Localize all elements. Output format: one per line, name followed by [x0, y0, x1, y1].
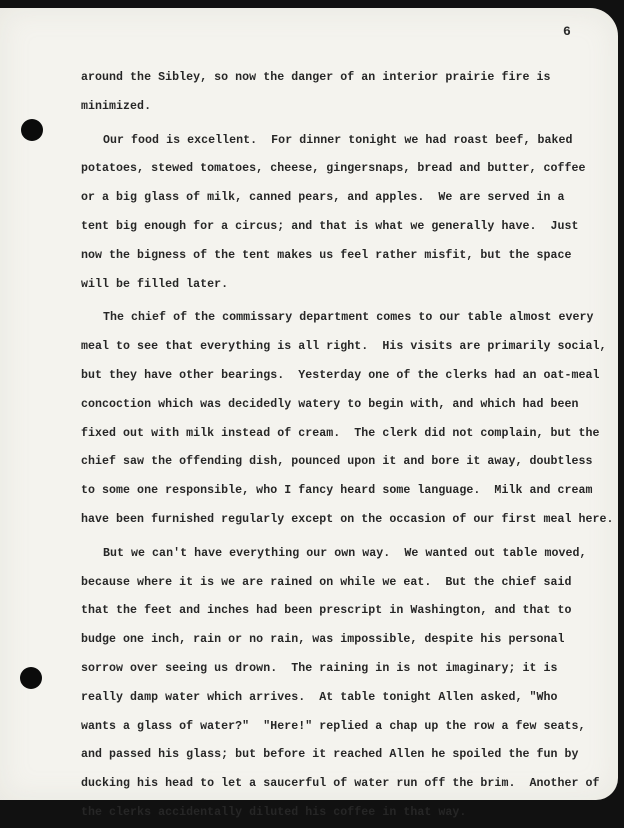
text-line: will be filled later. [81, 271, 611, 300]
text-line: concoction which was decidedly watery to… [81, 391, 611, 420]
text-line: ducking his head to let a saucerful of w… [81, 770, 611, 799]
text-line: around the Sibley, so now the danger of … [81, 64, 611, 93]
document-body: around the Sibley, so now the danger of … [81, 64, 611, 800]
paragraph-2: Our food is excellent. For dinner tonigh… [81, 127, 611, 300]
text-line: that the feet and inches had been prescr… [81, 597, 611, 626]
text-line: wants a glass of water?" "Here!" replied… [81, 713, 611, 742]
text-line: to some one responsible, who I fancy hea… [81, 477, 611, 506]
punch-hole-bottom [20, 667, 42, 689]
paragraph-1: around the Sibley, so now the danger of … [81, 64, 611, 122]
text-line: really damp water which arrives. At tabl… [81, 684, 611, 713]
text-line: sorrow over seeing us drown. The raining… [81, 655, 611, 684]
text-line: but they have other bearings. Yesterday … [81, 362, 611, 391]
text-line: But we can't have everything our own way… [81, 540, 611, 569]
text-line: minimized. [81, 93, 611, 122]
paragraph-4: But we can't have everything our own way… [81, 540, 611, 800]
page-number: 6 [563, 24, 571, 39]
text-line: and passed his glass; but before it reac… [81, 741, 611, 770]
text-line: now the bigness of the tent makes us fee… [81, 242, 611, 271]
text-line: have been furnished regularly except on … [81, 506, 611, 535]
typed-document-page: 6 around the Sibley, so now the danger o… [0, 8, 618, 800]
paragraph-3: The chief of the commissary department c… [81, 304, 611, 534]
text-line: fixed out with milk instead of cream. Th… [81, 420, 611, 449]
text-line: or a big glass of milk, canned pears, an… [81, 184, 611, 213]
text-line: budge one inch, rain or no rain, was imp… [81, 626, 611, 655]
text-line: because where it is we are rained on whi… [81, 569, 611, 598]
text-line: potatoes, stewed tomatoes, cheese, ginge… [81, 155, 611, 184]
text-line: The chief of the commissary department c… [81, 304, 611, 333]
punch-hole-top [21, 119, 43, 141]
text-line: Our food is excellent. For dinner tonigh… [81, 127, 611, 156]
text-line: tent big enough for a circus; and that i… [81, 213, 611, 242]
text-line: meal to see that everything is all right… [81, 333, 611, 362]
text-line: chief saw the offending dish, pounced up… [81, 448, 611, 477]
